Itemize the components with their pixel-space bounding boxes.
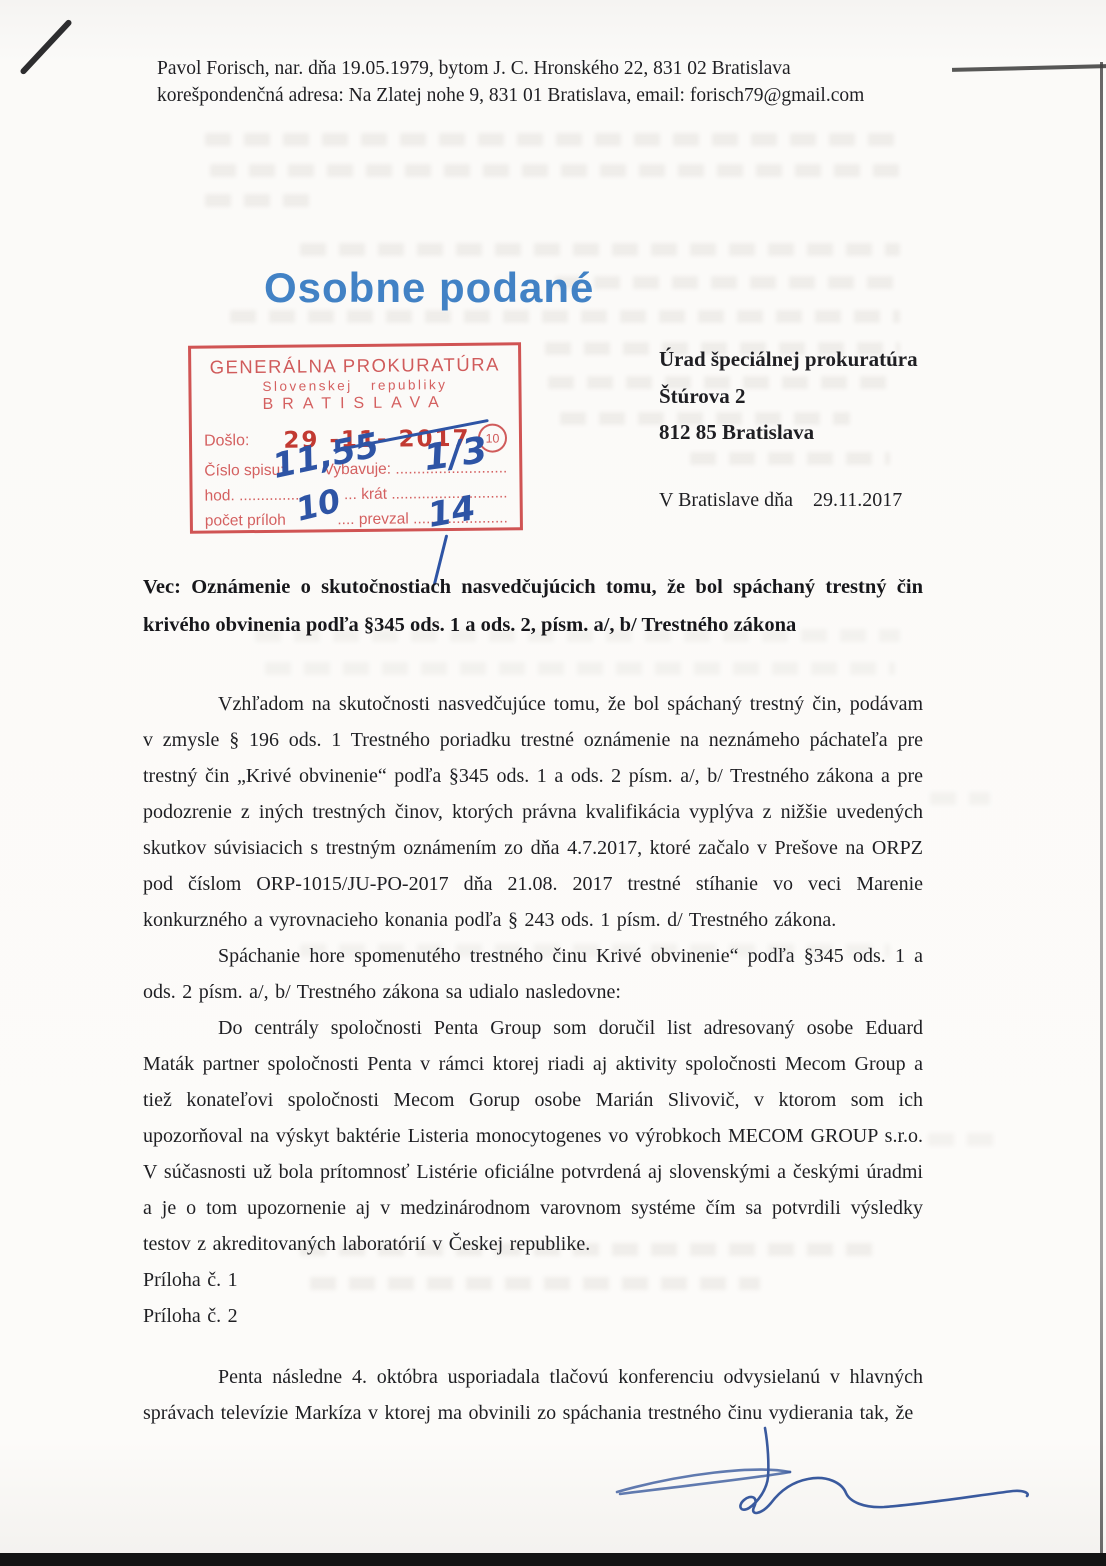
bleed-through-line (265, 662, 895, 675)
recipient-line-1: Úrad špeciálnej prokuratúra (659, 341, 918, 378)
scanned-letter-page: Pavol Forisch, nar. dňa 19.05.1979, byto… (0, 0, 1106, 1566)
hand-delivered-note: Osobne podané (264, 264, 594, 312)
bleed-through-smudge (928, 1133, 998, 1146)
stamp-received-by-label: .... prevzal ...................... (337, 509, 508, 529)
stamp-org-sub: Slovenskej republiky (203, 376, 506, 394)
letter-body: Vzhľadom na skutočnosti nasvedčujúce tom… (143, 686, 923, 1431)
attachment-line-1: Príloha č. 1 (143, 1262, 923, 1298)
scan-edge-right (1100, 62, 1103, 1558)
handwritten-handler: 1/3 (421, 430, 489, 479)
paragraph-3: Do centrály spoločnosti Penta Group som … (143, 1010, 923, 1262)
scan-edge-top (952, 64, 1106, 72)
dateline-date: 29.11.2017 (813, 489, 902, 511)
paragraph-2: Spáchanie hore spomenutého trestného čin… (143, 938, 923, 1010)
recipient-line-2: Štúrova 2 (659, 378, 918, 415)
recipient-line-3: 812 85 Bratislava (659, 414, 918, 451)
paragraph-1: Vzhľadom na skutočnosti nasvedčujúce tom… (143, 686, 923, 938)
bleed-through-line (205, 133, 905, 146)
bleed-through-line (300, 243, 900, 256)
pen-signature (575, 1390, 1045, 1545)
stamp-hour-label: hod. .............. (205, 487, 300, 506)
handwritten-received-by: 14 (425, 488, 479, 536)
bleed-through-line (205, 194, 320, 207)
stamp-attachments-label: počet príloh (205, 512, 286, 531)
sender-line-2: korešpondenčná adresa: Na Zlatej nohe 9,… (157, 82, 864, 109)
dateline-place: V Bratislave dňa (659, 489, 793, 511)
scan-edge-bottom (0, 1553, 1106, 1566)
bleed-through-line (210, 164, 900, 177)
stamp-received-label: Došlo: (204, 432, 250, 450)
stamp-org-name: GENERÁLNA PROKURATÚRA (203, 353, 506, 378)
attachment-line-2: Príloha č. 2 (143, 1298, 923, 1334)
subject-line: Vec: Oznámenie o skutočnostiach nasvedču… (143, 568, 923, 644)
pen-corner-mark (19, 19, 72, 76)
sender-address-block: Pavol Forisch, nar. dňa 19.05.1979, byto… (157, 55, 864, 109)
bleed-through-line (555, 276, 905, 289)
bleed-through-line (690, 452, 890, 465)
sender-line-1: Pavol Forisch, nar. dňa 19.05.1979, byto… (157, 55, 864, 82)
dateline: V Bratislave dňa29.11.2017 (659, 489, 902, 512)
recipient-address-block: Úrad špeciálnej prokuratúra Štúrova 2 81… (659, 341, 918, 451)
stamp-city: BRATISLAVA (204, 393, 507, 414)
bleed-through-smudge (930, 792, 990, 805)
